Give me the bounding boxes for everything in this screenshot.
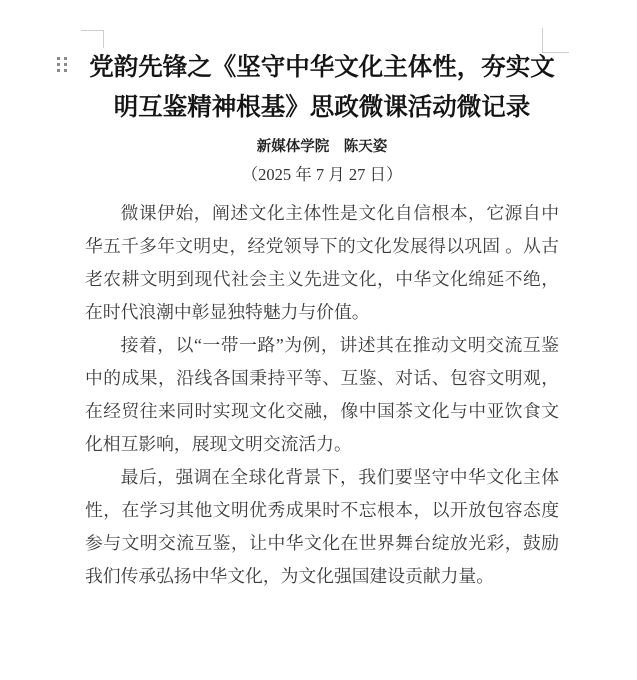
document-content: 党韵先锋之《坚守中华文化主体性，夯实文明互鉴精神根基》思政微课活动微记录 新媒体… <box>85 48 559 593</box>
author-line: 新媒体学院 陈天姿 <box>85 137 559 157</box>
drag-handle-dot <box>57 63 60 66</box>
text-boundary-mark-top-left <box>81 30 104 48</box>
body-paragraph: 微课伊始，阐述文化主体性是文化自信根本，它源自中华五千多年文明史，经党领导下的文… <box>85 197 559 329</box>
drag-handle-dot <box>57 69 60 72</box>
document-body: 微课伊始，阐述文化主体性是文化自信根本，它源自中华五千多年文明史，经党领导下的文… <box>85 197 559 593</box>
body-paragraph: 接着，以“一带一路”为例，讲述其在推动文明交流互鉴中的成果，沿线各国秉持平等、互… <box>85 329 559 461</box>
drag-handle-dot <box>64 69 67 72</box>
drag-handle-dot <box>64 57 67 60</box>
document-page: 党韵先锋之《坚守中华文化主体性，夯实文明互鉴精神根基》思政微课活动微记录 新媒体… <box>0 0 637 680</box>
drag-handle-icon[interactable] <box>57 57 68 73</box>
body-paragraph: 最后，强调在全球化背景下，我们要坚守中华文化主体性，在学习其他文明优秀成果时不忘… <box>85 461 559 593</box>
drag-handle-dot <box>64 63 67 66</box>
date-line: （2025 年 7 月 27 日） <box>85 164 559 186</box>
drag-handle-dot <box>57 57 60 60</box>
document-title: 党韵先锋之《坚守中华文化主体性，夯实文明互鉴精神根基》思政微课活动微记录 <box>85 48 559 128</box>
